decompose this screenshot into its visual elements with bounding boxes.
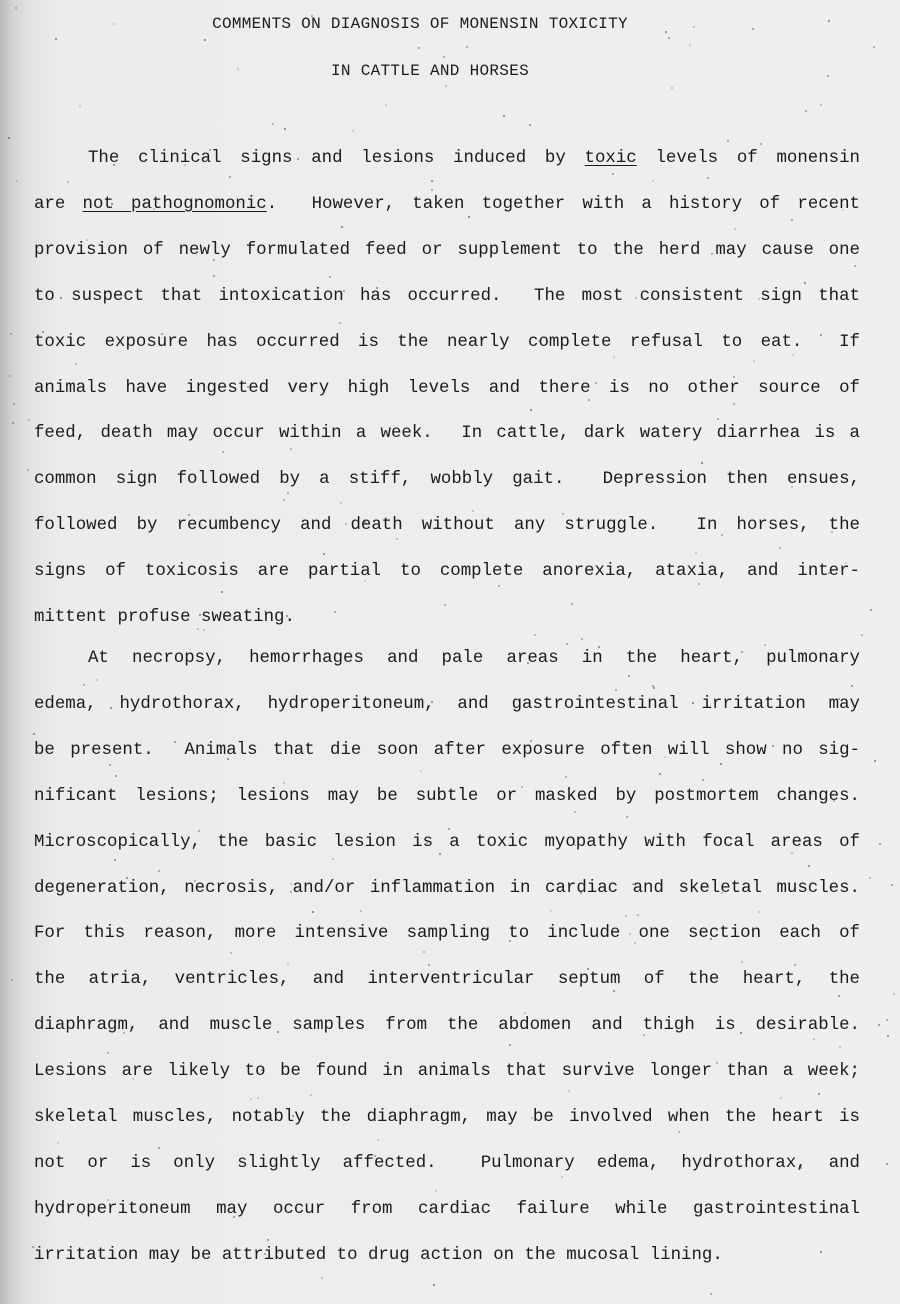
text-line: Microscopically, the basic lesion is a t… <box>34 833 860 852</box>
text-line: animals have ingested very high levels a… <box>34 379 860 398</box>
text-line: edema, hydrothorax, hydroperitoneum, and… <box>34 695 860 714</box>
text-line: toxic exposure has occurred is the nearl… <box>34 333 860 352</box>
text-line: to suspect that intoxication has occurre… <box>34 287 860 306</box>
text-line: followed by recumbency and death without… <box>34 516 860 535</box>
document-title: COMMENTS ON DIAGNOSIS OF MONENSIN TOXICI… <box>0 15 870 33</box>
text-line: The clinical signs and lesions induced b… <box>88 149 860 168</box>
document-subtitle: IN CATTLE AND HORSES <box>0 62 880 80</box>
text-line: signs of toxicosis are partial to comple… <box>34 562 860 581</box>
underlined-emphasis: toxic <box>585 149 637 168</box>
text-line: hydroperitoneum may occur from cardiac f… <box>34 1200 860 1219</box>
text-line: mittent profuse sweating. <box>34 608 860 627</box>
text-line: diaphragm, and muscle samples from the a… <box>34 1016 860 1035</box>
text-line: irritation may be attributed to drug act… <box>34 1246 860 1265</box>
text-line: not or is only slightly affected. Pulmon… <box>34 1154 860 1173</box>
text-line: Lesions are likely to be found in animal… <box>34 1062 860 1081</box>
text-line: skeletal muscles, notably the diaphragm,… <box>34 1108 860 1127</box>
text-line: degeneration, necrosis, and/or inflammat… <box>34 879 860 898</box>
text-line: be present. Animals that die soon after … <box>34 741 860 760</box>
text-line: provision of newly formulated feed or su… <box>34 241 860 260</box>
text-line: the atria, ventricles, and interventricu… <box>34 970 860 989</box>
text-line: feed, death may occur within a week. In … <box>34 424 860 443</box>
text-line: common sign followed by a stiff, wobbly … <box>34 470 860 489</box>
text-line: are not pathognomonic. However, taken to… <box>34 195 860 214</box>
text-line: For this reason, more intensive sampling… <box>34 924 860 943</box>
text-line: At necropsy, hemorrhages and pale areas … <box>88 649 860 668</box>
scanned-document-page: COMMENTS ON DIAGNOSIS OF MONENSIN TOXICI… <box>0 0 900 1304</box>
text-line: nificant lesions; lesions may be subtle … <box>34 787 860 806</box>
